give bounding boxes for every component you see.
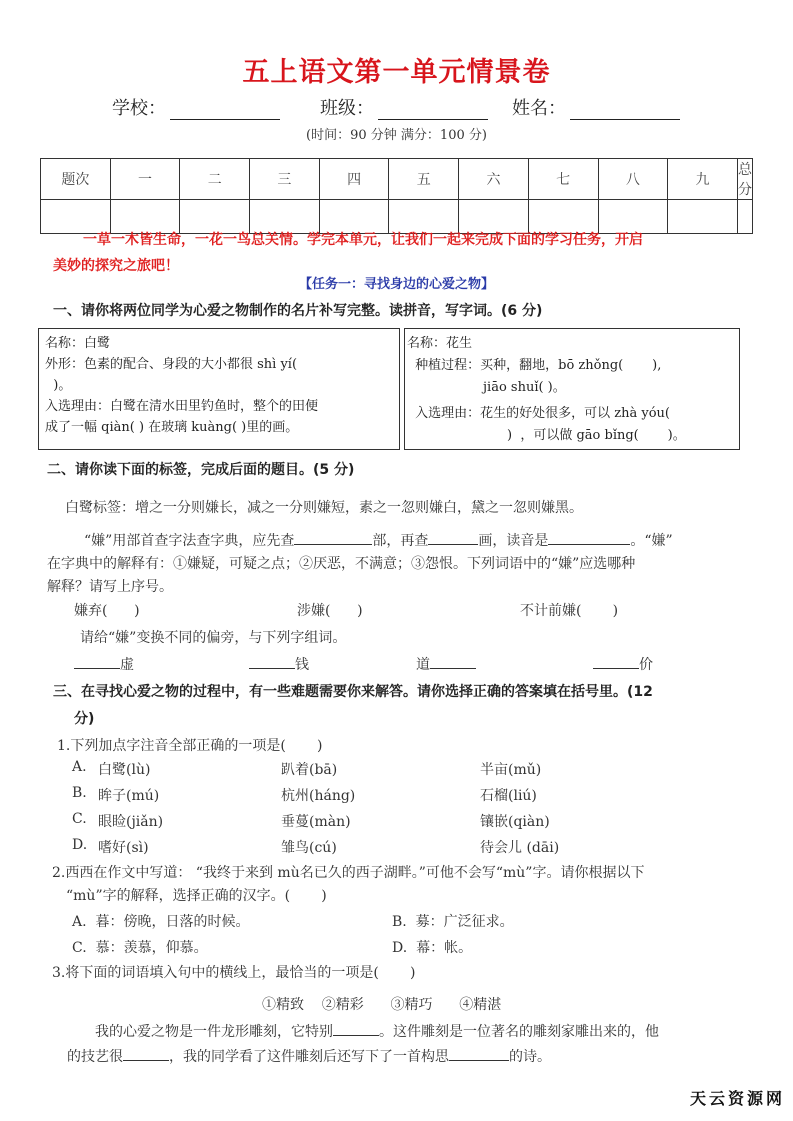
egret-label-text: 白鹭标签：增之一分则嫌长，减之一分则嫌短，素之一忽则嫌白，黛之一忽则嫌黑。	[65, 497, 583, 517]
q1-option-c-word1: 眼睑(jiǎn)	[98, 811, 163, 831]
text-segment: “嫌”用部首查字法查字典，应先查	[84, 533, 294, 549]
q1-option-b-word2: 杭州(háng)	[281, 785, 355, 805]
section-three-heading-cont: 分)	[74, 708, 94, 728]
question-2-stem: 2.西西在作文中写道： “我终于来到 mù名已久的西子湖畔。”可他不会写“mù”…	[52, 862, 644, 882]
compose-item-2[interactable]: 钱	[249, 654, 309, 674]
fill-blank-1[interactable]	[333, 1022, 379, 1036]
time-score-info: (时间：90 分钟 满分：100 分)	[0, 124, 793, 143]
intro-paragraph: 一草一木皆生命，一花一鸟总关情。学完本单元，让我们一起来完成下面的学习任务，开启…	[53, 227, 753, 279]
radical-blank[interactable]	[294, 531, 372, 545]
q2-option-b[interactable]: B. 募：广泛征求。	[392, 911, 514, 931]
card-egret-line: 入选理由：白鹭在清水田里钓鱼时，整个的田便	[45, 396, 393, 417]
compose-blank[interactable]	[74, 655, 120, 669]
section-one-heading: 一、请你将两位同学为心爱之物制作的名片补写完整。读拼音，写字词。(6 分)	[53, 300, 542, 320]
compose-char: 道	[416, 657, 430, 673]
class-field[interactable]: 班级：	[320, 94, 488, 120]
score-header-cell: 三	[250, 159, 320, 200]
card-peanut-name: 名称：花生	[407, 333, 733, 355]
task-one-heading: 【任务一：寻找身边的心爱之物】	[0, 273, 793, 292]
score-header-cell: 九	[668, 159, 738, 200]
compose-item-3[interactable]: 道	[416, 654, 476, 674]
intro-line-1: 一草一木皆生命，一花一鸟总关情。学完本单元，让我们一起来完成下面的学习任务，开启	[53, 227, 753, 253]
compose-char: 钱	[295, 657, 309, 673]
card-egret-name: 名称：白鹭	[45, 333, 393, 354]
question-3-text-line-1: 我的心爱之物是一件龙形雕刻，它特别。这件雕刻是一位著名的雕刻家雕出来的，他	[95, 1021, 659, 1041]
class-label: 班级：	[320, 98, 374, 119]
q1-option-d-letter[interactable]: D.	[72, 837, 87, 853]
compose-item-4[interactable]: 价	[593, 654, 653, 674]
score-header-cell: 八	[598, 159, 668, 200]
text-segment: 的诗。	[509, 1049, 551, 1065]
score-header-cell: 一	[110, 159, 180, 200]
dictionary-instruction: 解释？请写上序号。	[47, 576, 173, 596]
score-header-cell: 五	[389, 159, 459, 200]
q1-option-b-word1: 眸子(mú)	[98, 785, 159, 805]
score-header-cell: 七	[528, 159, 598, 200]
q1-option-a-word3: 半亩(mǔ)	[480, 759, 541, 779]
school-blank[interactable]	[170, 100, 280, 120]
card-peanut-line[interactable]: 入选理由：花生的好处很多，可以 zhà yóu(	[411, 403, 733, 425]
dictionary-question-line: “嫌”用部首查字法查字典，应先查部，再查画，读音是。“嫌”	[84, 530, 673, 550]
q2-option-a[interactable]: A. 暮：傍晚，日落的时候。	[72, 911, 249, 931]
compose-blank[interactable]	[249, 655, 295, 669]
card-peanut-line[interactable]: jiāo shuǐ( )。	[411, 377, 733, 399]
exam-title: 五上语文第一单元情景卷	[0, 50, 793, 89]
score-header-cell: 四	[319, 159, 389, 200]
q1-option-a-word1: 白鹭(lù)	[98, 759, 150, 779]
stroke-count-blank[interactable]	[428, 531, 478, 545]
text-segment: 。这件雕刻是一位著名的雕刻家雕出来的，他	[379, 1024, 659, 1040]
radical-change-instruction: 请给“嫌”变换不同的偏旁，与下列字组词。	[80, 627, 346, 647]
question-1-stem: 1.下列加点字注音全部正确的一项是( )	[57, 735, 322, 755]
q1-option-c-word2: 垂蔓(màn)	[281, 811, 351, 831]
text-segment: ，我的同学看了这件雕刻后还写下了一首构思	[169, 1049, 449, 1065]
score-table-header-row: 题次 一 二 三 四 五 六 七 八 九 总分	[41, 159, 753, 200]
question-3-stem: 3.将下面的词语填入句中的横线上，最恰当的一项是( )	[52, 962, 415, 982]
card-egret-line[interactable]: 外形：色素的配合、身段的大小都很 shì yí(	[45, 354, 393, 375]
card-peanut-line[interactable]: ) ，可以做 gāo bǐng( )。	[411, 425, 733, 447]
text-segment: 的技艺很	[67, 1049, 123, 1065]
question-3-choices: ①精致 ②精彩 ③精巧 ④精湛	[262, 994, 501, 1014]
school-field[interactable]: 学校：	[112, 94, 280, 120]
q1-option-d-word3: 待会儿 (dāi)	[480, 837, 559, 857]
q2-option-c[interactable]: C. 慕：羡慕，仰慕。	[72, 937, 208, 957]
word-choice-2[interactable]: 涉嫌( )	[297, 600, 363, 620]
score-header-cell: 六	[459, 159, 529, 200]
compose-blank[interactable]	[430, 655, 476, 669]
q1-option-d-word2: 雏鸟(cú)	[281, 837, 337, 857]
text-segment: 部，再查	[372, 533, 428, 549]
q1-option-b-letter[interactable]: B.	[72, 785, 87, 801]
card-egret-line[interactable]: )。	[45, 375, 393, 396]
name-blank[interactable]	[570, 100, 680, 120]
q1-option-c-word3: 镶嵌(qiàn)	[480, 811, 550, 831]
question-2-stem-cont: “mù”字的解释，选择正确的汉字。( )	[66, 885, 327, 905]
q1-option-d-word1: 嗜好(sì)	[98, 837, 149, 857]
compose-char: 价	[639, 657, 653, 673]
score-header-cell: 总分	[737, 159, 752, 200]
compose-blank[interactable]	[593, 655, 639, 669]
question-3-text-line-2: 的技艺很，我的同学看了这件雕刻后还写下了一首构思的诗。	[67, 1046, 551, 1066]
card-peanut-line[interactable]: 种植过程：买种，翻地，bō zhǒng( ),	[411, 355, 733, 377]
card-egret-line[interactable]: 成了一幅 qiàn( ) 在玻璃 kuàng( )里的画。	[45, 417, 393, 438]
score-header-cell: 二	[180, 159, 250, 200]
dictionary-definitions: 在字典中的解释有：①嫌疑，可疑之点；②厌恶，不满意；③怨恨。下列词语中的“嫌”应…	[47, 553, 635, 573]
text-segment: 。“嫌”	[630, 533, 672, 549]
q2-option-d[interactable]: D. 幕：帐。	[392, 937, 472, 957]
section-three-heading: 三、在寻找心爱之物的过程中，有一些难题需要你来解答。请你选择正确的答案填在括号里…	[53, 681, 653, 701]
q1-option-a-letter[interactable]: A.	[72, 759, 87, 775]
fill-blank-3[interactable]	[449, 1047, 509, 1061]
watermark-logo: 天云资源网	[690, 1086, 785, 1109]
card-egret: 名称：白鹭 外形：色素的配合、身段的大小都很 shì yí( )。 入选理由：白…	[38, 328, 400, 450]
text-segment: 我的心爱之物是一件龙形雕刻，它特别	[95, 1024, 333, 1040]
score-header-cell: 题次	[41, 159, 111, 200]
name-field[interactable]: 姓名：	[512, 94, 680, 120]
school-label: 学校：	[112, 98, 166, 119]
q1-option-b-word3: 石榴(liú)	[480, 785, 537, 805]
q1-option-c-letter[interactable]: C.	[72, 811, 87, 827]
name-label: 姓名：	[512, 98, 566, 119]
text-segment: 画，读音是	[478, 533, 548, 549]
pronunciation-blank[interactable]	[548, 531, 630, 545]
fill-blank-2[interactable]	[123, 1047, 169, 1061]
compose-char: 虚	[120, 657, 134, 673]
word-choice-1[interactable]: 嫌弃( )	[74, 600, 140, 620]
q1-option-a-word2: 趴着(bā)	[281, 759, 337, 779]
score-table: 题次 一 二 三 四 五 六 七 八 九 总分	[40, 158, 753, 234]
class-blank[interactable]	[378, 100, 488, 120]
compose-item-1[interactable]: 虚	[74, 654, 134, 674]
section-two-heading: 二、请你读下面的标签，完成后面的题目。(5 分)	[47, 459, 354, 479]
card-peanut: 名称：花生 种植过程：买种，翻地，bō zhǒng( ), jiāo shuǐ(…	[404, 328, 740, 450]
word-choice-3[interactable]: 不计前嫌( )	[520, 600, 618, 620]
